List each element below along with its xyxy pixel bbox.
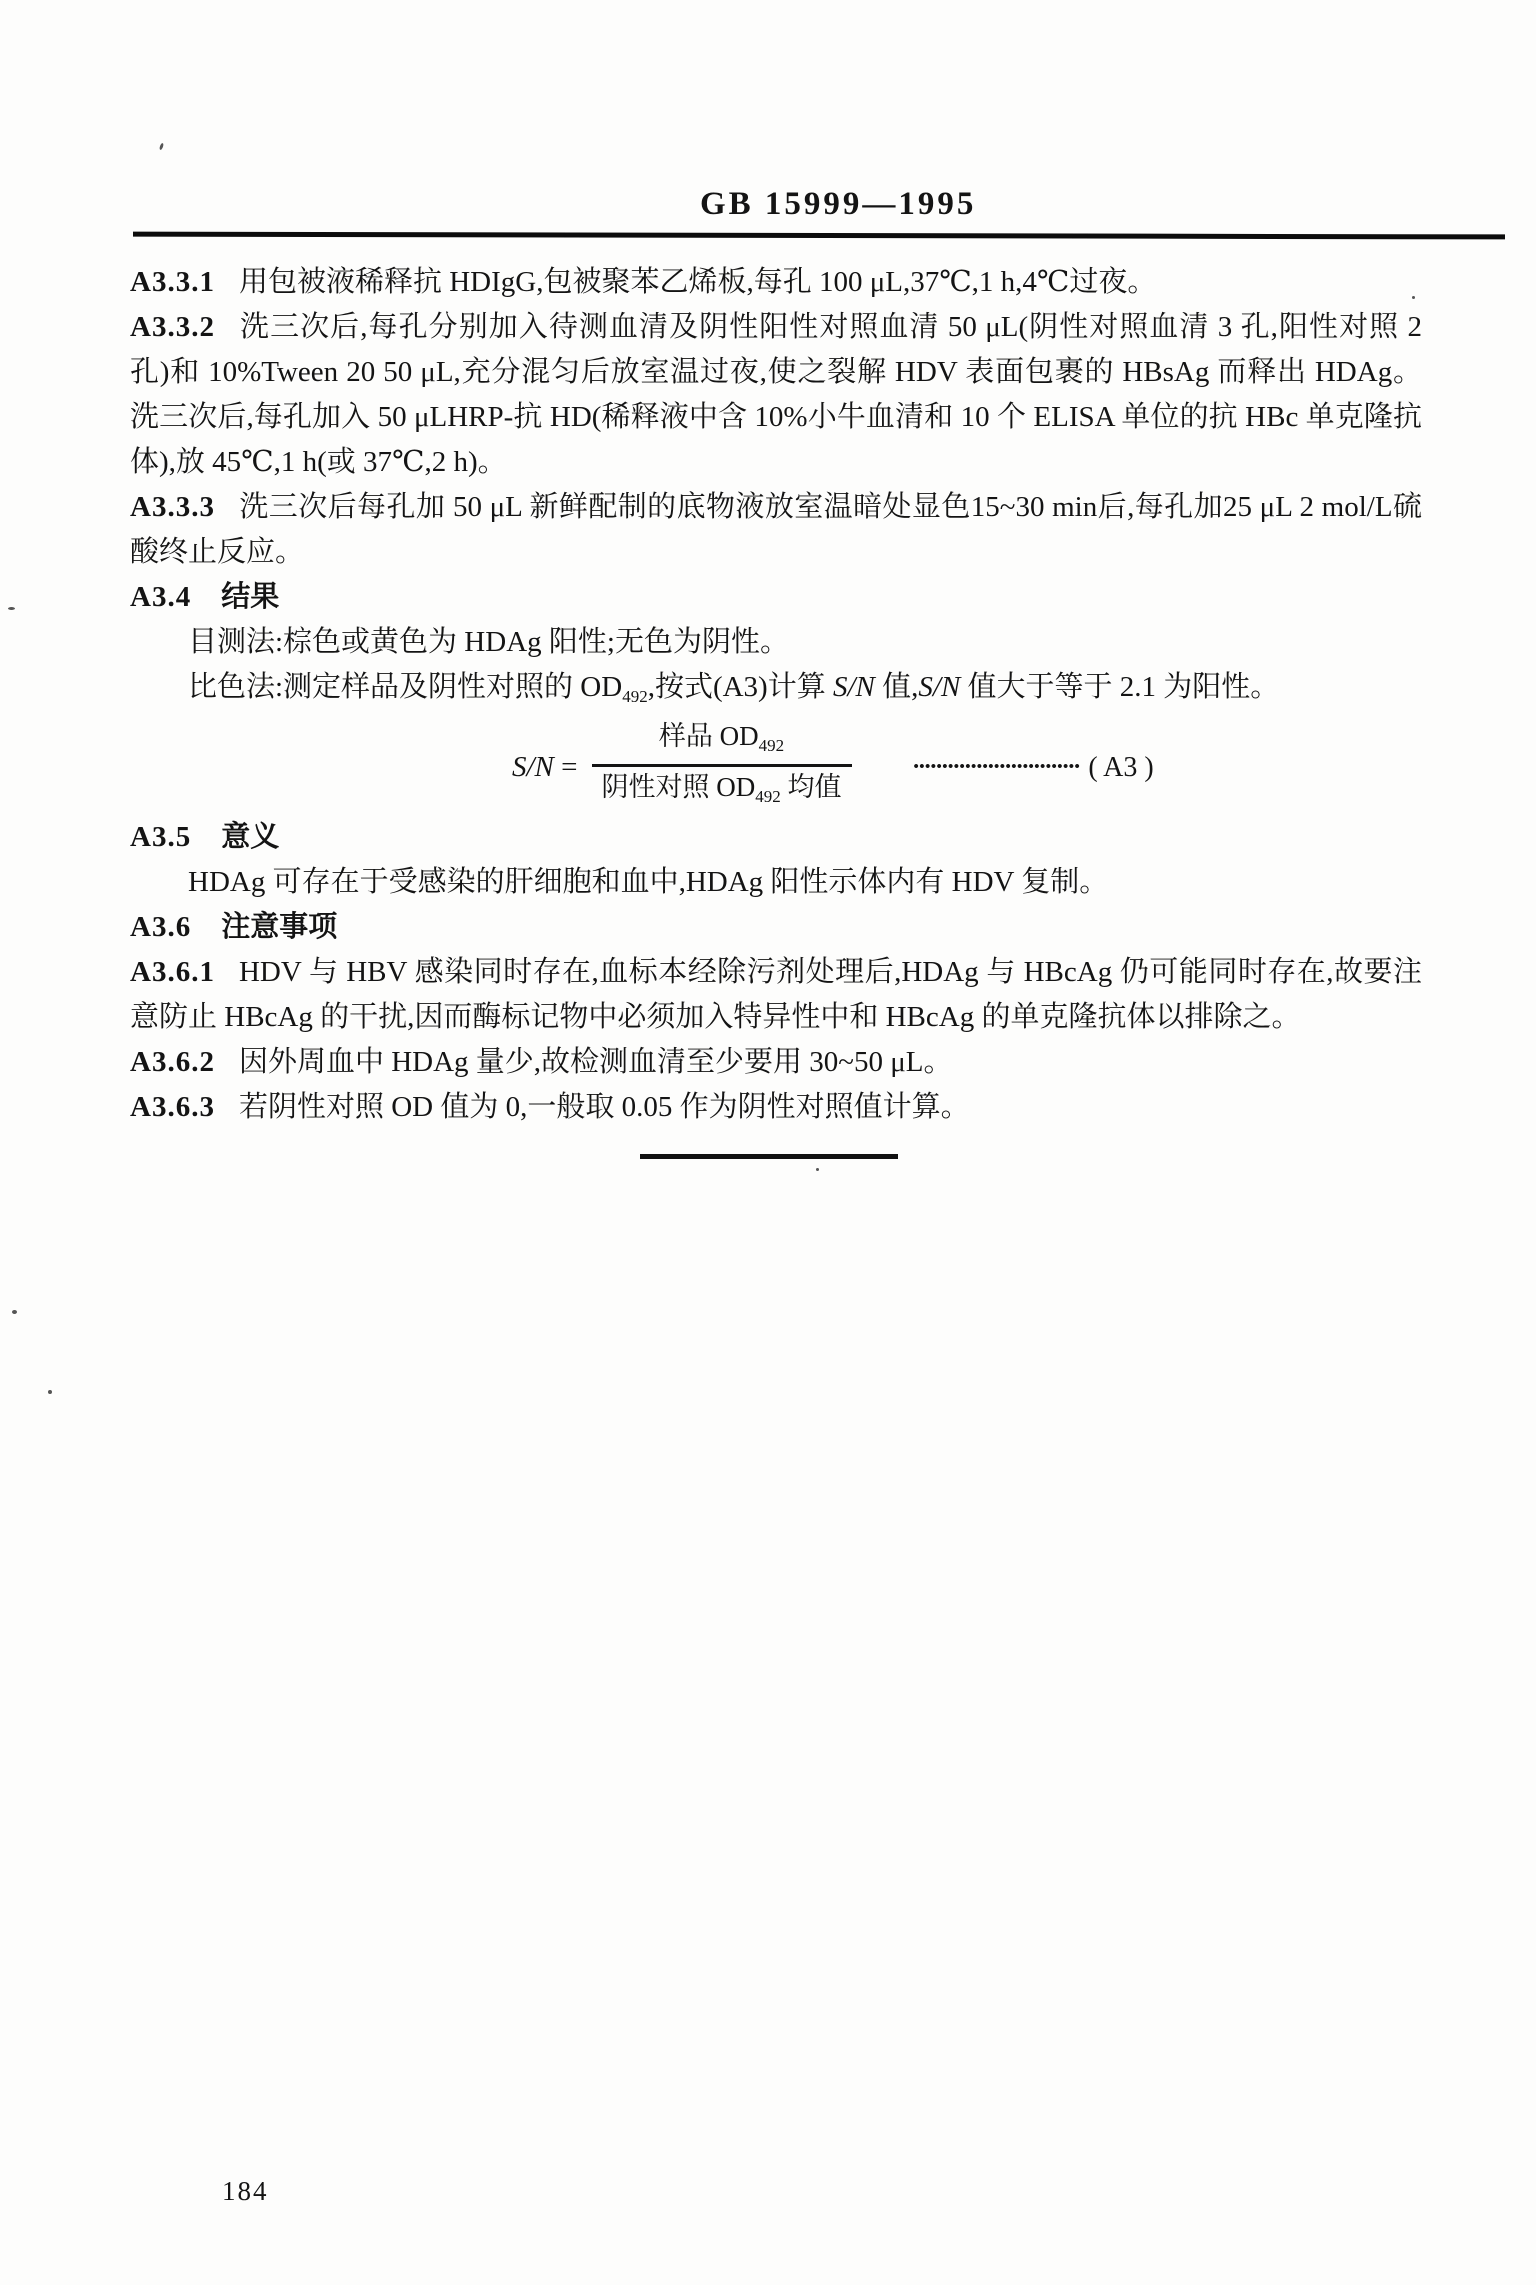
clause-number: A3.6.1 (130, 956, 215, 988)
numerator-text: 样品 OD (659, 721, 759, 751)
od-subscript: 492 (759, 736, 785, 755)
clause-text: 目测法:棕色或黄色为 HDAg 阳性;无色为阴性。 (188, 626, 789, 658)
clause-text: 若阴性对照 OD 值为 0,一般取 0.05 作为阴性对照值计算。 (239, 1091, 970, 1123)
clause-a3-6-3: A3.6.3若阴性对照 OD 值为 0,一般取 0.05 作为阴性对照值计算。 (130, 1085, 1422, 1130)
sn-symbol: S/N (512, 751, 554, 783)
document-page: GB 15999—1995 A3.3.1用包被液稀释抗 HDIgG,包被聚苯乙烯… (0, 0, 1536, 2285)
equation-reference: ( A3 ) (1088, 745, 1153, 790)
scan-artifact (12, 1310, 17, 1314)
heading-title: 意义 (221, 821, 279, 853)
od-subscript: 492 (622, 687, 648, 706)
formula-a3: S/N = 样品 OD492 阴性对照 OD492 均值 •••••••••••… (130, 719, 1422, 815)
od-subscript: 492 (755, 787, 781, 806)
scan-artifact (8, 607, 15, 610)
clause-a3-3-1: A3.3.1用包被液稀释抗 HDIgG,包被聚苯乙烯板,每孔 100 μL,37… (130, 260, 1422, 305)
sn-symbol: S/N (833, 671, 875, 703)
denominator-suffix: 均值 (781, 772, 842, 802)
clause-text: 用包被液稀释抗 HDIgG,包被聚苯乙烯板,每孔 100 μL,37℃,1 h,… (239, 266, 1156, 298)
clause-text: HDV 与 HBV 感染同时存在,血标本经除污剂处理后,HDAg 与 HBcAg… (130, 956, 1422, 1033)
dotted-leader: ••••••••••••••••••••••••••••• (914, 745, 1081, 790)
scan-artifact (159, 143, 164, 151)
fraction-numerator: 样品 OD492 (592, 718, 852, 764)
clause-number: A3.5 (130, 821, 191, 853)
heading-title: 注意事项 (221, 911, 337, 943)
clause-number: A3.3.3 (130, 491, 215, 523)
fraction-denominator: 阴性对照 OD492 均值 (592, 764, 852, 817)
document-body: A3.3.1用包被液稀释抗 HDIgG,包被聚苯乙烯板,每孔 100 μL,37… (130, 260, 1422, 1130)
clause-number: A3.6.3 (130, 1091, 215, 1123)
header-rule (133, 232, 1505, 240)
clause-a3-6-2: A3.6.2因外周血中 HDAg 量少,故检测血清至少要用 30~50 μL。 (130, 1040, 1422, 1085)
equals-sign: = (561, 751, 577, 783)
denominator-text: 阴性对照 OD (602, 772, 756, 802)
heading-a3-5-meaning: A3.5意义 (130, 815, 1422, 860)
clause-text: 洗三次后,每孔分别加入待测血清及阴性阳性对照血清 50 μL(阴性对照血清 3 … (130, 311, 1422, 478)
clause-number: A3.6.2 (130, 1046, 215, 1078)
visual-method-line: 目测法:棕色或黄色为 HDAg 阳性;无色为阴性。 (130, 620, 1422, 665)
clause-text: 比色法:测定样品及阴性对照的 OD (188, 671, 622, 703)
clause-text: HDAg 可存在于受感染的肝细胞和血中,HDAg 阳性示体内有 HDV 复制。 (188, 866, 1108, 898)
clause-text: 因外周血中 HDAg 量少,故检测血清至少要用 30~50 μL。 (239, 1046, 953, 1078)
clause-text: 值大于等于 2.1 为阳性。 (960, 671, 1279, 703)
clause-text: 洗三次后每孔加 50 μL 新鲜配制的底物液放室温暗处显色15~30 min后,… (130, 491, 1422, 568)
clause-number: A3.3.2 (130, 311, 215, 343)
clause-number: A3.4 (130, 581, 191, 613)
end-of-section-rule (640, 1154, 898, 1159)
scan-artifact (816, 1168, 819, 1171)
clause-text: 值, (875, 671, 919, 703)
clause-text: ,按式(A3)计算 (648, 671, 833, 703)
standard-number: GB 15999—1995 (700, 186, 976, 223)
formula-lhs: S/N = (512, 745, 578, 790)
sn-symbol: S/N (918, 671, 960, 703)
formula-fraction: 样品 OD492 阴性对照 OD492 均值 (592, 718, 852, 817)
heading-title: 结果 (221, 581, 279, 613)
heading-a3-4-results: A3.4结果 (130, 575, 1422, 620)
clause-a3-3-3: A3.3.3洗三次后每孔加 50 μL 新鲜配制的底物液放室温暗处显色15~30… (130, 485, 1422, 575)
clause-a3-6-1: A3.6.1HDV 与 HBV 感染同时存在,血标本经除污剂处理后,HDAg 与… (130, 950, 1422, 1040)
scan-artifact (1412, 296, 1415, 299)
clause-number: A3.6 (130, 911, 191, 943)
meaning-text-line: HDAg 可存在于受感染的肝细胞和血中,HDAg 阳性示体内有 HDV 复制。 (130, 860, 1422, 905)
clause-a3-3-2: A3.3.2洗三次后,每孔分别加入待测血清及阴性阳性对照血清 50 μL(阴性对… (130, 305, 1422, 485)
clause-number: A3.3.1 (130, 266, 215, 298)
heading-a3-6-notes: A3.6注意事项 (130, 905, 1422, 950)
colorimetric-method-line: 比色法:测定样品及阴性对照的 OD492,按式(A3)计算 S/N 值,S/N … (130, 665, 1422, 719)
scan-artifact (48, 1390, 52, 1394)
page-number: 184 (222, 2176, 269, 2207)
